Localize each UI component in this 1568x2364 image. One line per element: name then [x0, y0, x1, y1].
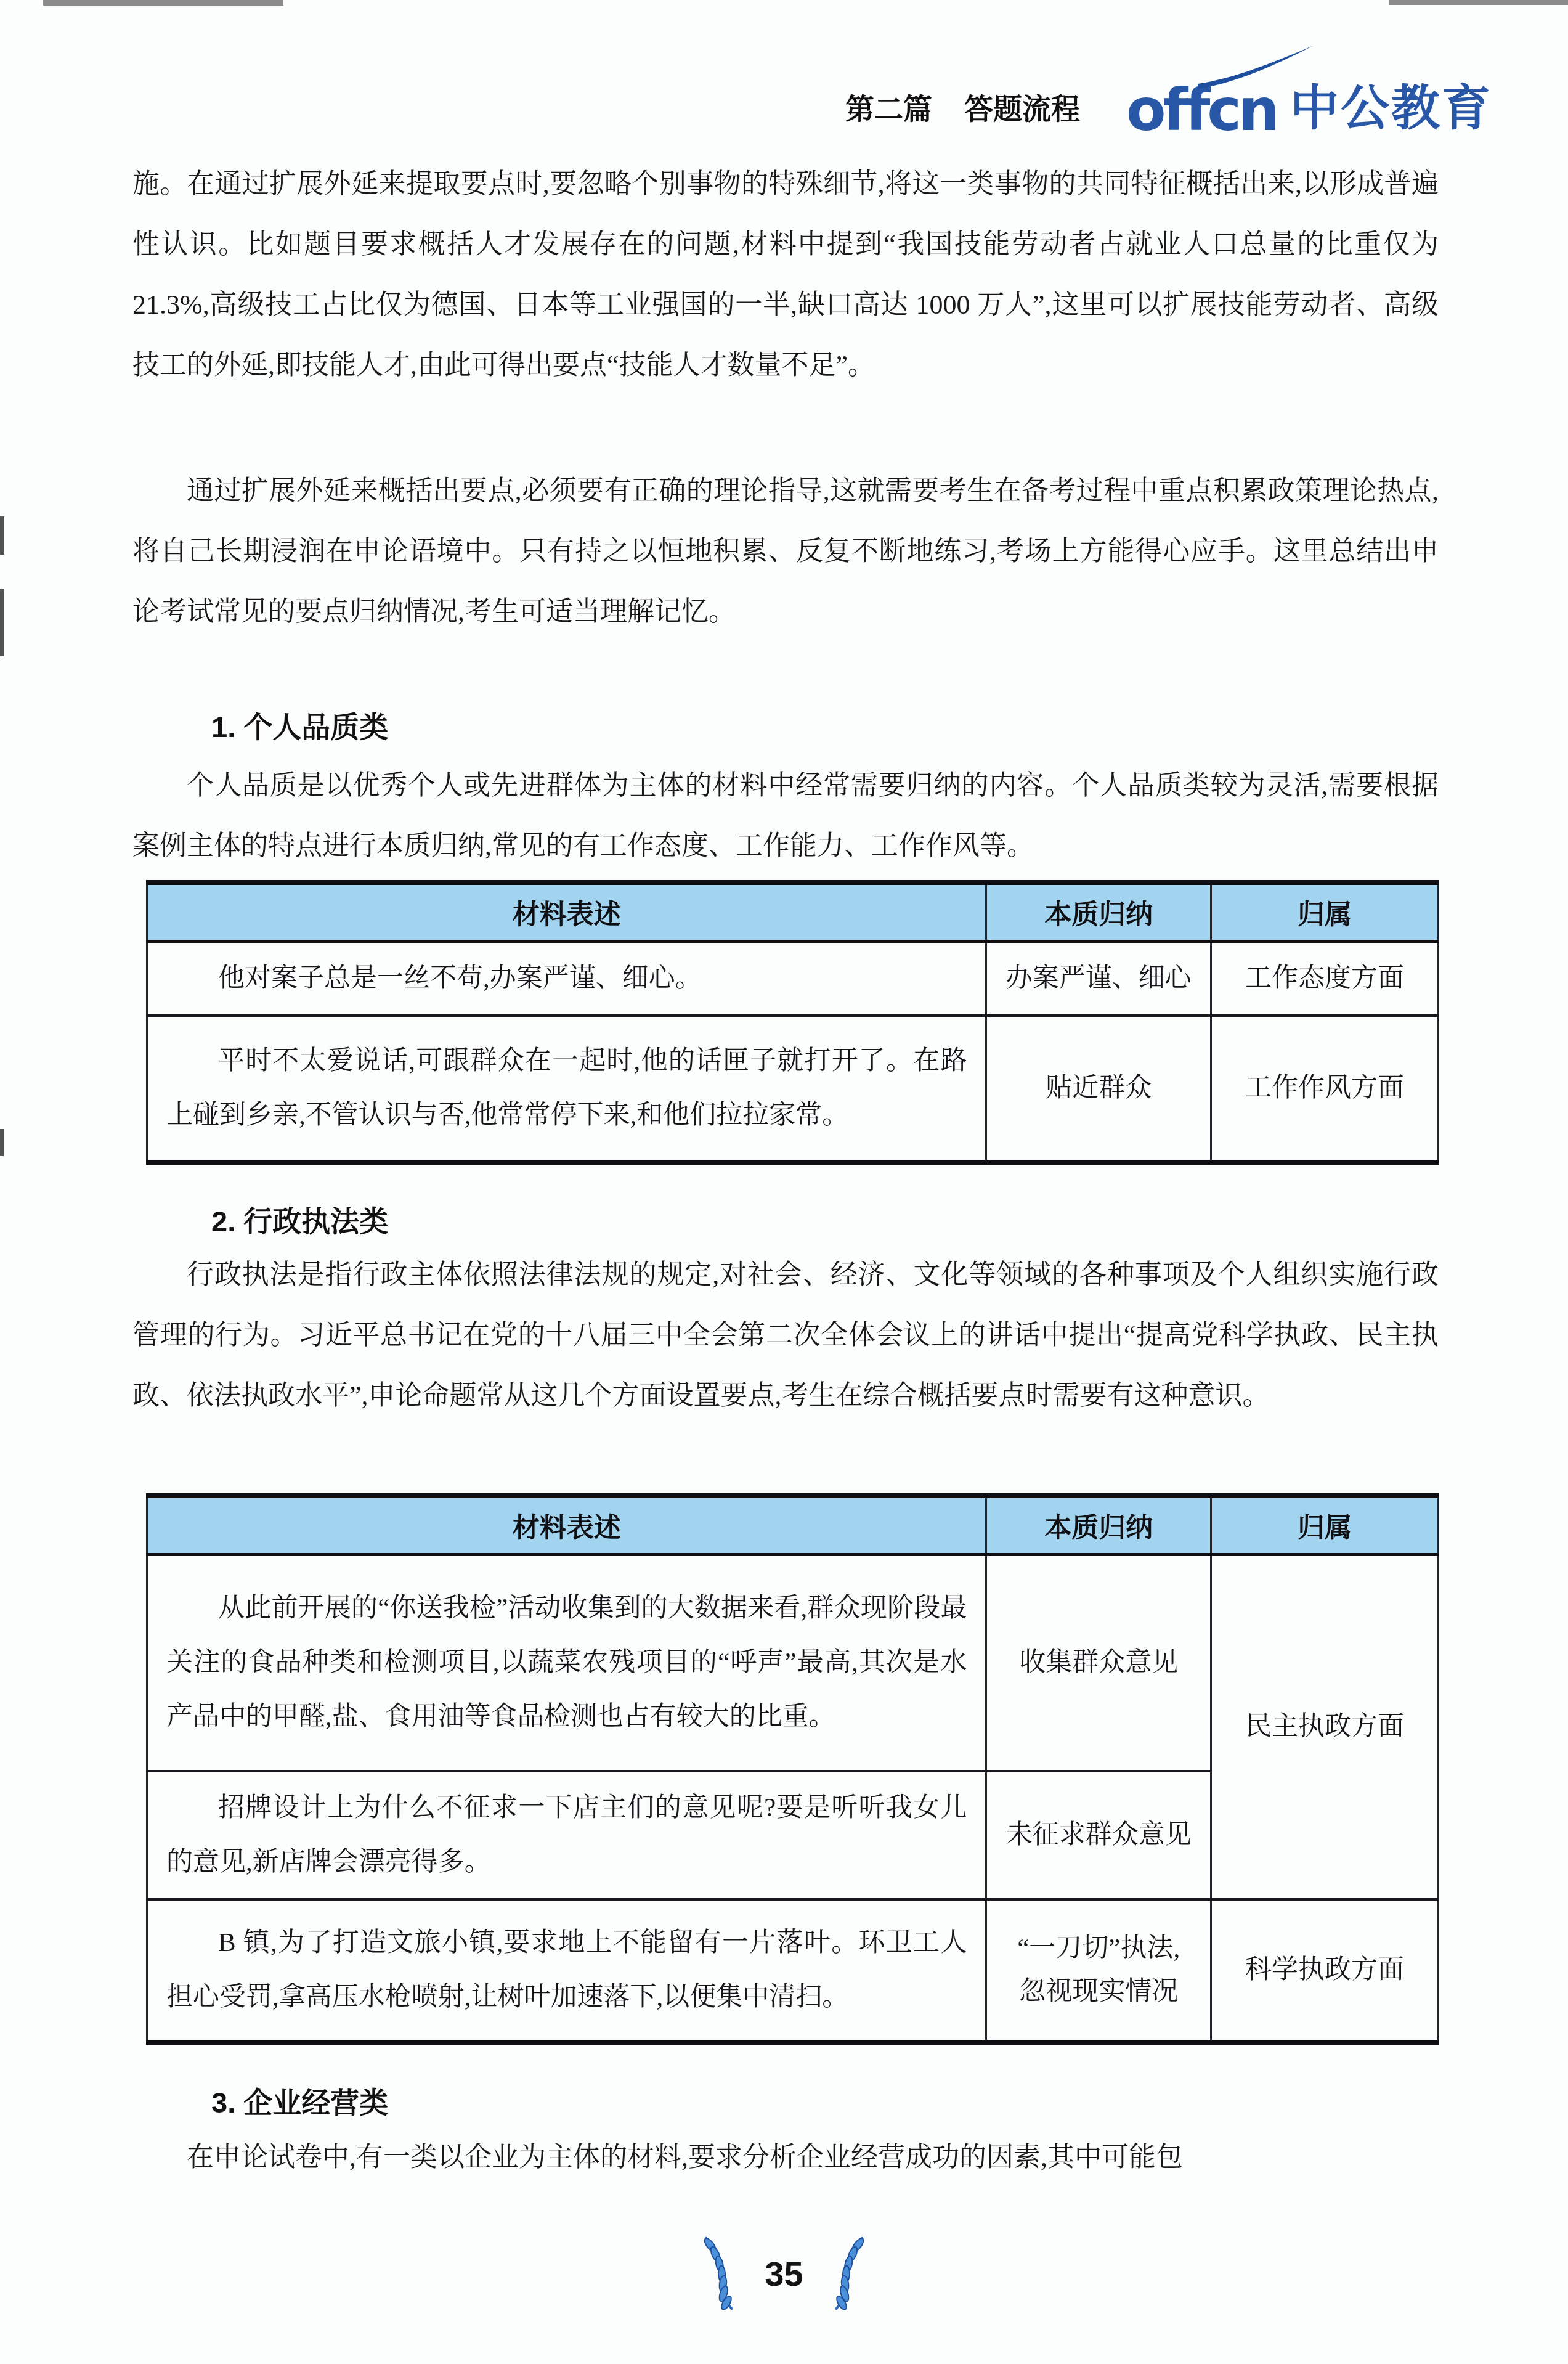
scan-artifact	[43, 0, 283, 6]
header-part-title: 答题流程	[964, 92, 1080, 125]
table-header-row: 材料表述 本质归纳 归属	[147, 1496, 1439, 1554]
brand-logo: offcn 中公教育	[1126, 69, 1492, 138]
laurel-right-icon	[832, 2236, 870, 2311]
page-number: 35	[765, 2254, 803, 2294]
logo-swoosh-icon	[1195, 44, 1318, 92]
cell-essence: 贴近群众	[986, 1016, 1211, 1163]
table-personal-quality: 材料表述 本质归纳 归属 他对案子总是一丝不苟,办案严谨、细心。 办案严谨、细心…	[146, 880, 1439, 1165]
col-header-essence: 本质归纳	[986, 1496, 1211, 1554]
header-part-label: 第二篇	[845, 92, 932, 125]
paragraph-continuation: 施。在通过扩展外延来提取要点时,要忽略个别事物的特殊细节,将这一类事物的共同特征…	[132, 154, 1439, 396]
cell-category: 工作态度方面	[1211, 941, 1439, 1016]
scan-artifact	[0, 516, 4, 555]
book-page: 第二篇答题流程 offcn 中公教育 施。在通过扩展外延来提取要点时,要忽略个别…	[0, 0, 1568, 2364]
cell-category: 工作作风方面	[1211, 1016, 1439, 1163]
cell-category-merged: 民主执政方面	[1211, 1554, 1439, 1899]
col-header-category: 归属	[1211, 1496, 1439, 1554]
table-row: 平时不太爱说话,可跟群众在一起时,他的话匣子就打开了。在路上碰到乡亲,不管认识与…	[147, 1016, 1439, 1163]
table-law-enforcement: 材料表述 本质归纳 归属 从此前开展的“你送我检”活动收集到的大数据来看,群众现…	[146, 1493, 1439, 2045]
cell-category: 科学执政方面	[1211, 1899, 1439, 2042]
section-2-body: 行政执法是指行政主体依照法律法规的规定,对社会、经济、文化等领域的各种事项及个人…	[132, 1245, 1439, 1426]
cell-material: 从此前开展的“你送我检”活动收集到的大数据来看,群众现阶段最关注的食品种类和检测…	[147, 1554, 986, 1771]
cell-material: 平时不太爱说话,可跟群众在一起时,他的话匣子就打开了。在路上碰到乡亲,不管认识与…	[147, 1016, 986, 1163]
table-header-row: 材料表述 本质归纳 归属	[147, 882, 1439, 941]
table-row: 他对案子总是一丝不苟,办案严谨、细心。 办案严谨、细心 工作态度方面	[147, 941, 1439, 1016]
cell-material: B 镇,为了打造文旅小镇,要求地上不能留有一片落叶。环卫工人担心受罚,拿高压水枪…	[147, 1899, 986, 2042]
cell-essence: 未征求群众意见	[986, 1771, 1211, 1899]
page-header: 第二篇答题流程	[845, 86, 1080, 128]
table-row: B 镇,为了打造文旅小镇,要求地上不能留有一片落叶。环卫工人担心受罚,拿高压水枪…	[147, 1899, 1439, 2042]
page-footer: 35	[0, 2236, 1568, 2311]
section-3-body: 在申论试卷中,有一类以企业为主体的材料,要求分析企业经营成功的因素,其中可能包	[132, 2127, 1439, 2188]
logo-brand-name: 中公教育	[1290, 80, 1492, 137]
cell-essence: 办案严谨、细心	[986, 941, 1211, 1016]
cell-essence: “一刀切”执法, 忽视现实情况	[986, 1899, 1211, 2042]
cell-material: 他对案子总是一丝不苟,办案严谨、细心。	[147, 941, 986, 1016]
col-header-material: 材料表述	[147, 882, 986, 941]
col-header-category: 归属	[1211, 882, 1439, 941]
cell-essence: 收集群众意见	[986, 1554, 1211, 1771]
table: 材料表述 本质归纳 归属 他对案子总是一丝不苟,办案严谨、细心。 办案严谨、细心…	[146, 880, 1439, 1165]
scan-artifact	[1389, 0, 1568, 5]
col-header-essence: 本质归纳	[986, 882, 1211, 941]
scan-artifact	[0, 1129, 4, 1156]
section-1-body: 个人品质是以优秀个人或先进群体为主体的材料中经常需要归纳的内容。个人品质类较为灵…	[132, 756, 1439, 876]
laurel-left-icon	[698, 2236, 736, 2311]
paragraph: 通过扩展外延来概括出要点,必须要有正确的理论指导,这就需要考生在备考过程中重点积…	[132, 461, 1439, 642]
table-row: 从此前开展的“你送我检”活动收集到的大数据来看,群众现阶段最关注的食品种类和检测…	[147, 1554, 1439, 1771]
table: 材料表述 本质归纳 归属 从此前开展的“你送我检”活动收集到的大数据来看,群众现…	[146, 1493, 1439, 2045]
cell-material: 招牌设计上为什么不征求一下店主们的意见呢?要是听听我女儿的意见,新店牌会漂亮得多…	[147, 1771, 986, 1899]
section-heading-3: 3. 企业经营类	[132, 2084, 1439, 2121]
scan-artifact	[0, 589, 4, 656]
section-heading-1: 1. 个人品质类	[132, 709, 1439, 746]
col-header-material: 材料表述	[147, 1496, 986, 1554]
section-heading-2: 2. 行政执法类	[132, 1203, 1439, 1240]
